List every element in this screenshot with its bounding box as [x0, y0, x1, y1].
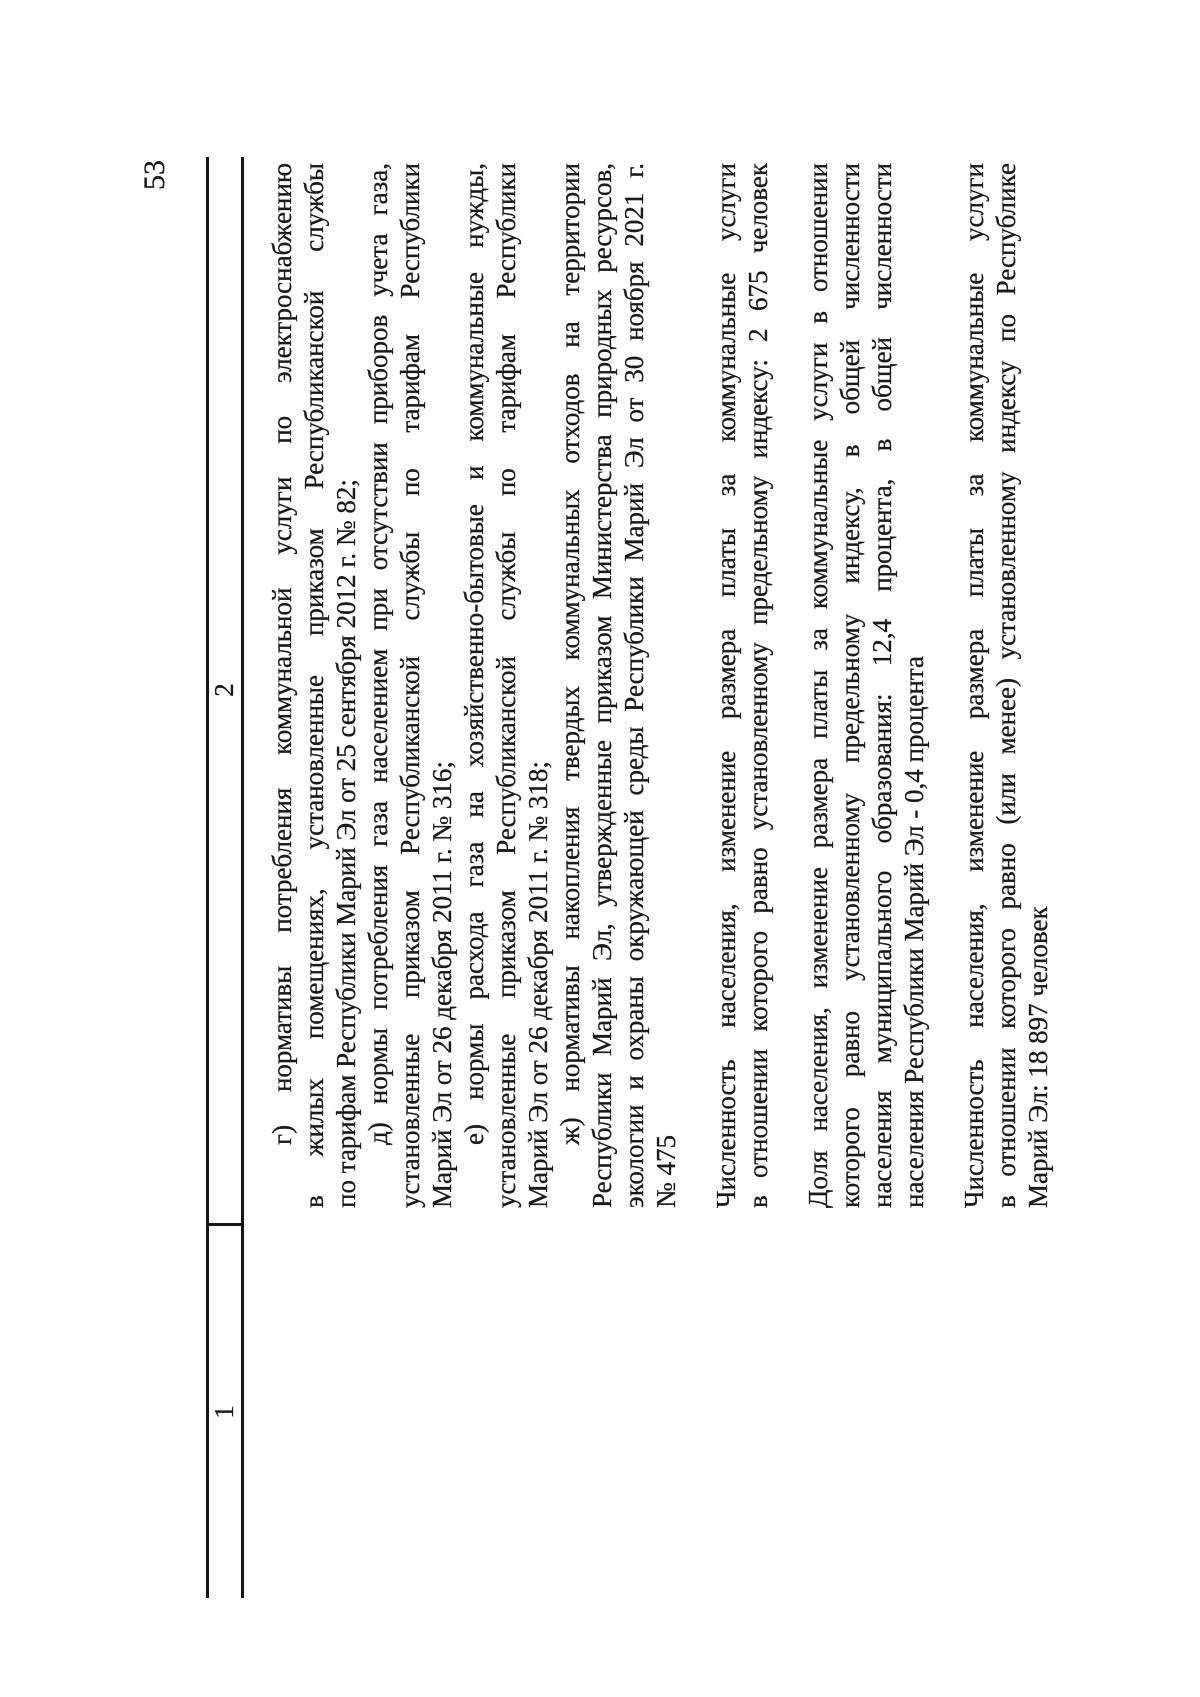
- paragraph-e: е) нормы расхода газа на хозяйственно-бы…: [458, 163, 554, 1208]
- text-line: Марий Эл от 26 декабря 2011 г. № 318;: [522, 163, 554, 1208]
- page-number: 53: [138, 149, 172, 201]
- paragraph-population-share: Доля населения, изменение размера платы …: [802, 163, 930, 1208]
- text-line: в отношении которого равно (или менее) у…: [990, 163, 1022, 1208]
- text-line: г) нормативы потребления коммунальной ус…: [266, 163, 298, 1208]
- table-cell-text: г) нормативы потребления коммунальной ус…: [266, 163, 1054, 1208]
- text-line: Марий Эл от 26 декабря 2011 г. № 316;: [426, 163, 458, 1208]
- text-line: установленные приказом Республиканской с…: [490, 163, 522, 1208]
- paragraph-d: д) нормы потребления газа населением при…: [362, 163, 458, 1208]
- text-line: которого равно установленному предельном…: [834, 163, 866, 1208]
- table-header-col2: 2: [209, 157, 240, 1223]
- text-line: Численность населения, изменение размера…: [958, 163, 990, 1208]
- text-line: Марий Эл: 18 897 человек: [1022, 163, 1054, 1208]
- text-line: Республики Марий Эл, утвержденные приказ…: [586, 163, 618, 1208]
- text-line: экологии и охраны окружающей среды Респу…: [618, 163, 650, 1208]
- text-line: ж) нормативы накопления твердых коммунал…: [554, 163, 586, 1208]
- text-line: населения муниципального образования: 12…: [866, 163, 898, 1208]
- text-line: по тарифам Республики Марий Эл от 25 сен…: [330, 163, 362, 1208]
- table-header-bottom-border: [241, 157, 244, 1598]
- text-line: установленные приказом Республиканской с…: [394, 163, 426, 1208]
- text-line: д) нормы потребления газа населением при…: [362, 163, 394, 1208]
- text-line: № 475: [650, 163, 682, 1208]
- scanned-page: 53 1 2 г) нормативы потребления коммунал…: [0, 0, 1200, 1697]
- text-line: Доля населения, изменение размера платы …: [802, 163, 834, 1208]
- text-line: Численность населения, изменение размера…: [710, 163, 742, 1208]
- text-line: е) нормы расхода газа на хозяйственно-бы…: [458, 163, 490, 1208]
- paragraph-g: г) нормативы потребления коммунальной ус…: [266, 163, 362, 1208]
- text-line: в отношении которого равно установленном…: [742, 163, 774, 1208]
- text-line: в жилых помещениях, установленные приказ…: [298, 163, 330, 1208]
- text-line: населения Республики Марий Эл - 0,4 проц…: [898, 163, 930, 1208]
- paragraph-zh: ж) нормативы накопления твердых коммунал…: [554, 163, 682, 1208]
- paragraph-population-count-total: Численность населения, изменение размера…: [958, 163, 1054, 1208]
- paragraph-population-count: Численность населения, изменение размера…: [710, 163, 774, 1208]
- table-header-col1: 1: [209, 1226, 240, 1598]
